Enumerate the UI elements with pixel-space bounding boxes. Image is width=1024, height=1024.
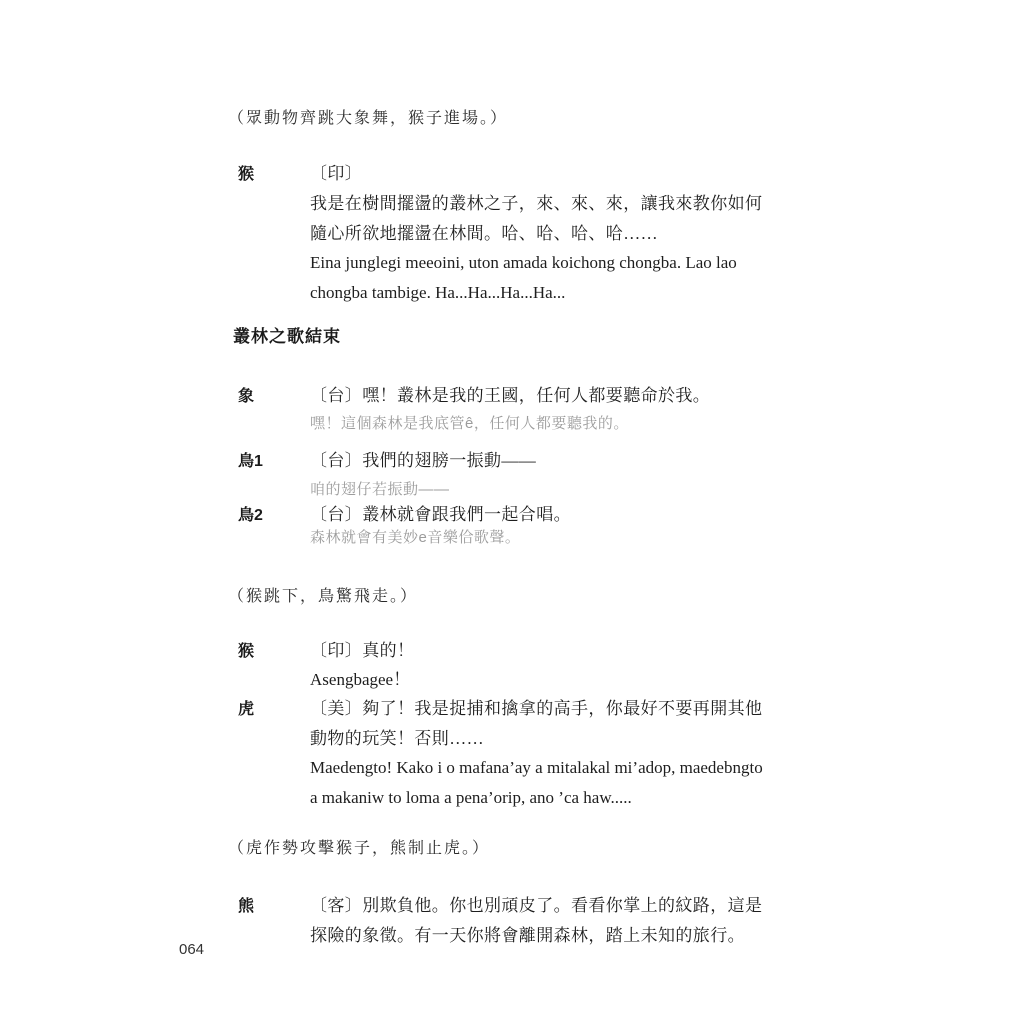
- dialogue-line: 〔美〕夠了！我是捉捕和擒拿的高手，你最好不要再開其他: [310, 699, 762, 719]
- translation-line: 森林就會有美妙e音樂佮歌聲。: [310, 529, 520, 547]
- page-number: 064: [179, 941, 204, 959]
- speaker-label-bird2: 鳥2: [238, 506, 263, 525]
- romanized-line: Asengbagee！: [310, 670, 410, 690]
- romanized-line: chongba tambige. Ha...Ha...Ha...Ha...: [310, 283, 565, 303]
- speaker-label-tiger: 虎: [238, 700, 254, 719]
- dialogue-line: 我是在樹間擺盪的叢林之子，來、來、來，讓我來教你如何: [310, 194, 762, 214]
- dialogue-line: 〔台〕嘿！叢林是我的王國，任何人都要聽命於我。: [310, 386, 710, 406]
- stage-direction: （虎作勢攻擊猴子，熊制止虎。）: [228, 839, 490, 858]
- romanized-line: a makaniw to loma a pena’orip, ano ’ca h…: [310, 788, 632, 808]
- dialogue-line: 〔台〕我們的翅膀一振動——: [310, 451, 536, 471]
- dialogue-lang-tag: 〔印〕: [310, 164, 362, 184]
- romanized-line: Maedengto! Kako i o mafana’ay a mitalaka…: [310, 758, 763, 778]
- speaker-label-bear: 熊: [238, 897, 254, 916]
- speaker-label-monkey: 猴: [238, 165, 254, 184]
- dialogue-line: 〔客〕別欺負他。你也別頑皮了。看看你掌上的紋路，這是: [310, 896, 762, 916]
- speaker-label-monkey: 猴: [238, 642, 254, 661]
- speaker-label-bird1: 鳥1: [238, 452, 263, 471]
- translation-line: 咱的翅仔若振動——: [310, 481, 450, 499]
- script-page: （眾動物齊跳大象舞，猴子進場。） 猴 〔印〕 我是在樹間擺盪的叢林之子，來、來、…: [0, 0, 1024, 1024]
- dialogue-line: 動物的玩笑！否則……: [310, 729, 484, 749]
- stage-direction: （猴跳下，鳥驚飛走。）: [228, 587, 418, 606]
- dialogue-line: 〔印〕真的！: [310, 641, 414, 661]
- translation-line: 嘿！這個森林是我底管ê，任何人都要聽我的。: [310, 415, 629, 433]
- dialogue-line: 探險的象徵。有一天你將會離開森林，踏上未知的旅行。: [310, 926, 745, 946]
- section-heading: 叢林之歌結束: [233, 327, 341, 347]
- romanized-line: Eina junglegi meeoini, uton amada koicho…: [310, 253, 737, 273]
- speaker-label-elephant: 象: [238, 387, 254, 406]
- stage-direction: （眾動物齊跳大象舞，猴子進場。）: [228, 109, 508, 128]
- dialogue-line: 〔台〕叢林就會跟我們一起合唱。: [310, 505, 571, 525]
- dialogue-line: 隨心所欲地擺盪在林間。哈、哈、哈、哈……: [310, 224, 658, 244]
